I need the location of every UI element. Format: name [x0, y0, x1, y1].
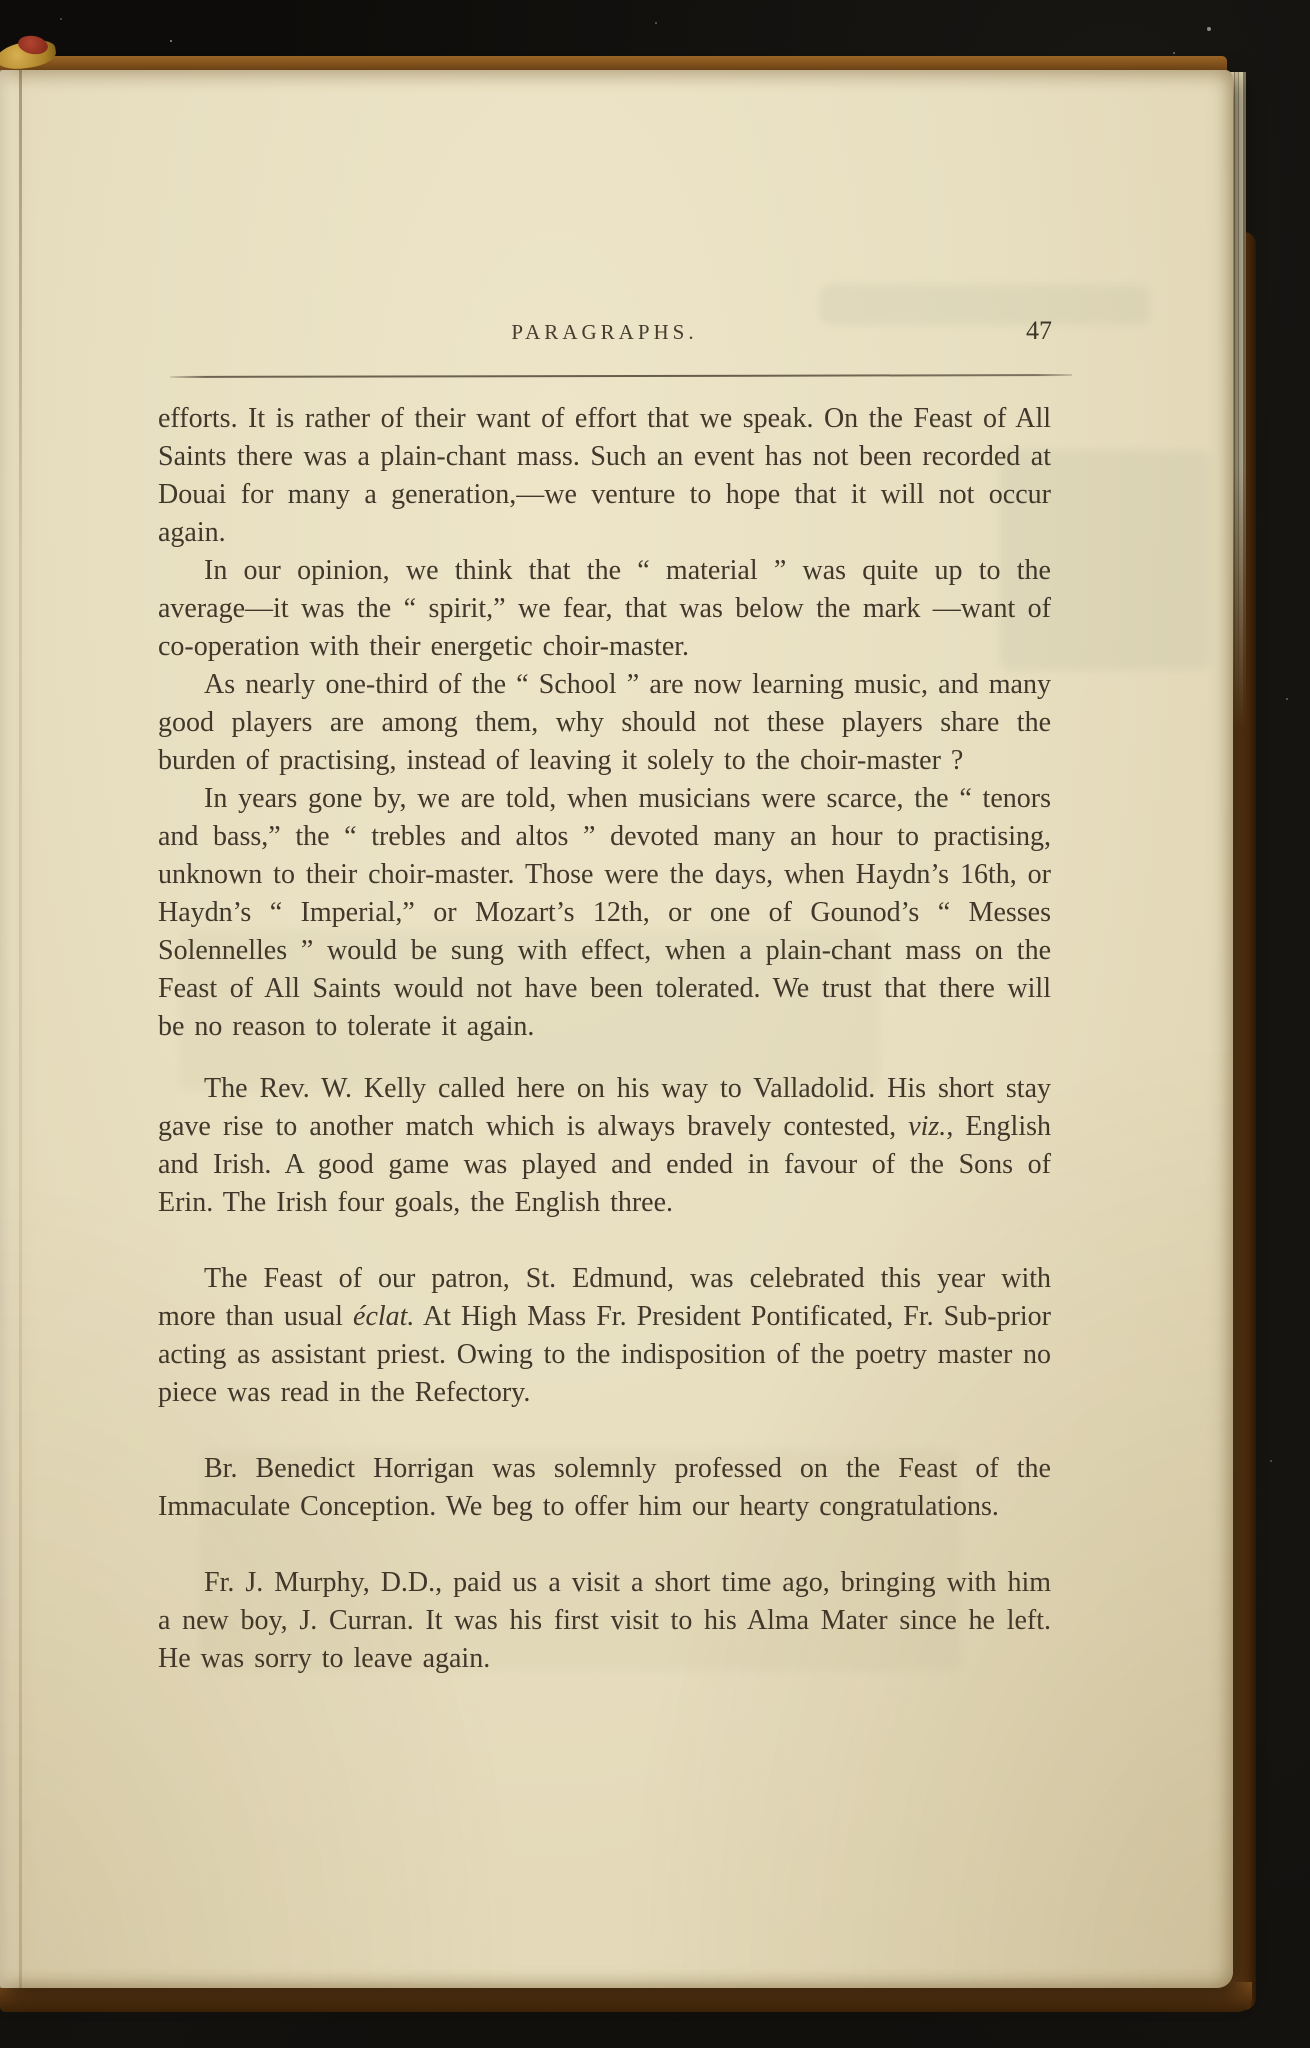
paragraph: Fr. J. Murphy, D.D., paid us a visit a s…	[158, 1564, 1051, 1678]
italic-text: éclat.	[353, 1301, 414, 1332]
page-left-highlight	[0, 70, 19, 1988]
running-head-title: PARAGRAPHS.	[158, 320, 1051, 345]
body-text: Fr. J. Murphy, D.D., paid us a visit a s…	[158, 1567, 1051, 1674]
paragraph: The Rev. W. Kelly called here on his way…	[158, 1070, 1051, 1222]
paragraph: In years gone by, we are told, when musi…	[158, 780, 1051, 1046]
body-text: In our opinion, we think that the “ mate…	[158, 555, 1051, 662]
dust-specks	[0, 0, 2, 2]
body-text: efforts. It is rather of their want of e…	[158, 403, 1051, 548]
italic-text: viz.	[908, 1111, 946, 1142]
paragraph: The Feast of our patron, St. Edmund, was…	[158, 1260, 1051, 1412]
body-text: As nearly one-third of the “ School ” ar…	[158, 669, 1051, 776]
text-block: efforts. It is rather of their want of e…	[158, 400, 1051, 1678]
book-headband	[0, 36, 58, 74]
paragraph: Br. Benedict Horrigan was solemnly profe…	[158, 1450, 1051, 1526]
paragraph: In our opinion, we think that the “ mate…	[158, 552, 1051, 666]
page-number: 47	[960, 316, 1052, 346]
page-crease-line	[19, 70, 22, 1988]
body-text: In years gone by, we are told, when musi…	[158, 783, 1051, 1042]
paragraph: efforts. It is rather of their want of e…	[158, 400, 1051, 552]
paragraph: As nearly one-third of the “ School ” ar…	[158, 666, 1051, 780]
book-scan-scene: PARAGRAPHS. 47 efforts. It is rather of …	[0, 0, 1310, 2048]
header-rule	[170, 374, 1072, 378]
book-page: PARAGRAPHS. 47 efforts. It is rather of …	[0, 70, 1233, 1988]
body-text: Br. Benedict Horrigan was solemnly profe…	[158, 1453, 1051, 1522]
